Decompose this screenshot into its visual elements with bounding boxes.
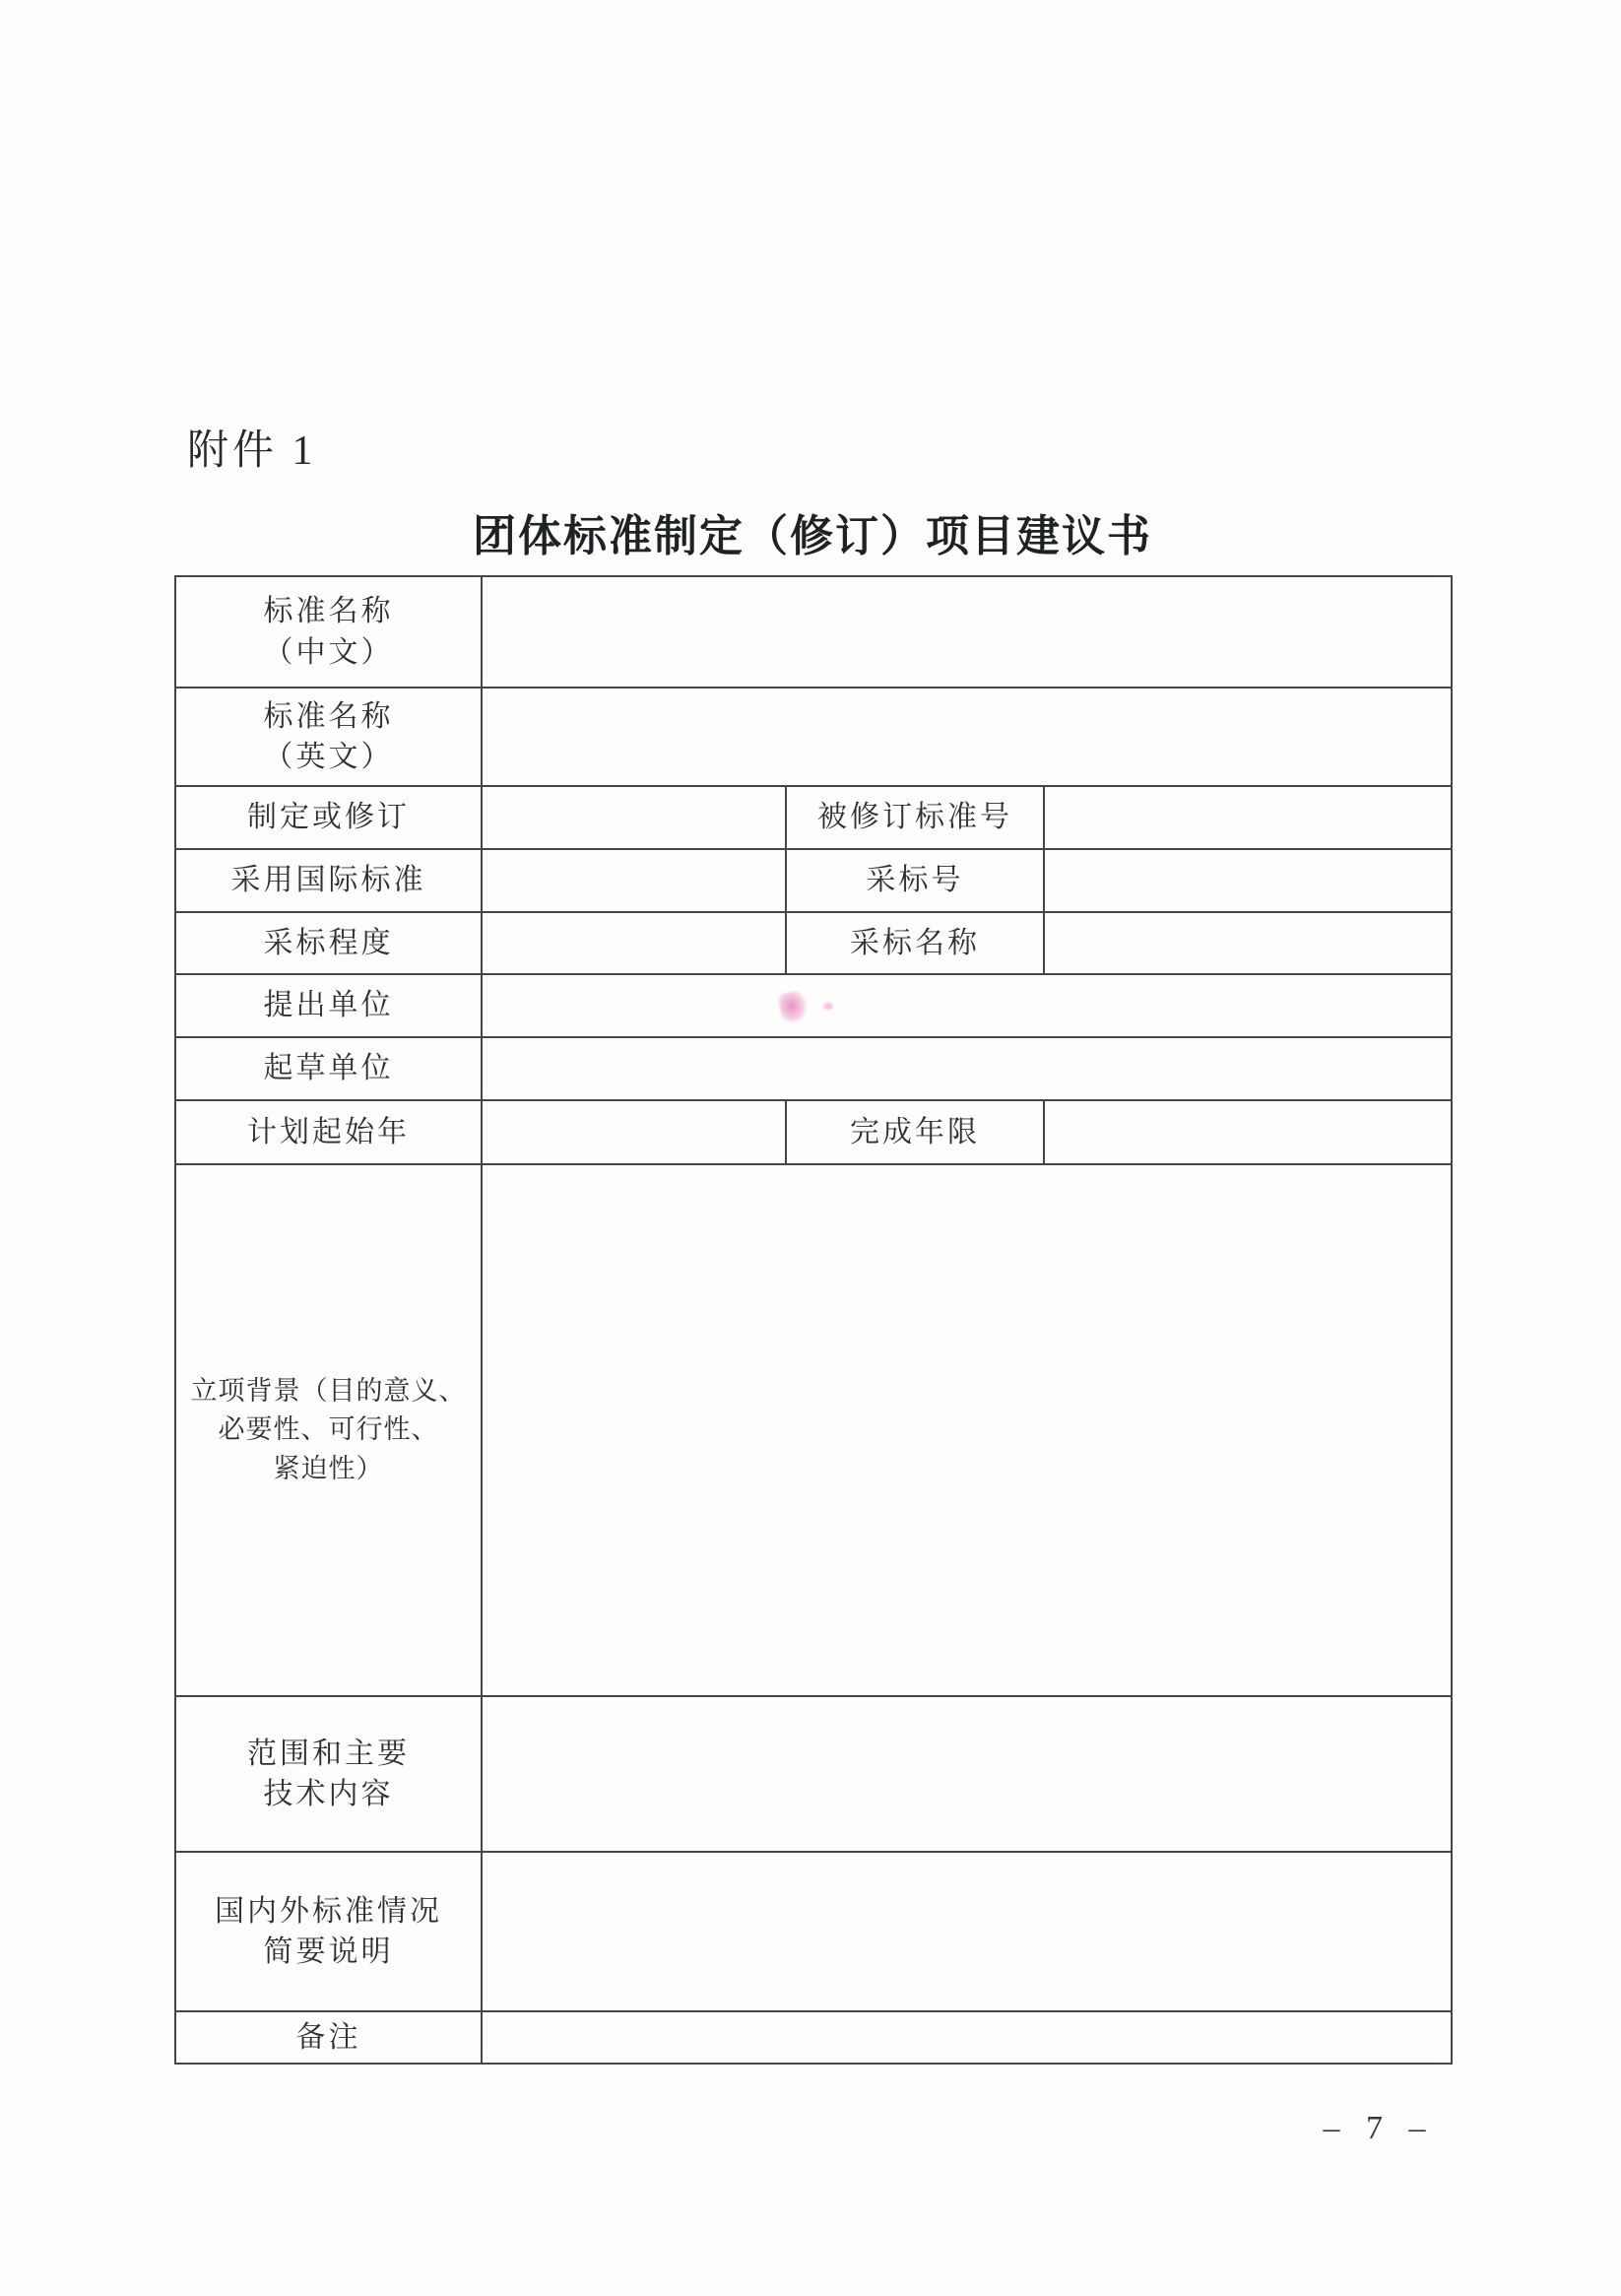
field-value-project-background[interactable] [482, 1164, 1452, 1696]
field-value-adoption-name[interactable] [1044, 912, 1452, 974]
table-row: 备注 [175, 2011, 1452, 2064]
field-label-proposing-unit: 提出单位 [175, 974, 482, 1037]
attachment-label: 附件 1 [187, 418, 317, 477]
field-label-adoption-name: 采标名称 [786, 912, 1044, 974]
field-label-adopt-international-standard: 采用国际标准 [175, 849, 482, 912]
scan-smudge-dot [823, 1003, 833, 1010]
field-label-scope-technical-content: 范围和主要 技术内容 [175, 1696, 482, 1852]
field-value-completion-period[interactable] [1044, 1100, 1452, 1164]
field-value-adoption-degree[interactable] [482, 912, 786, 974]
field-label-standard-name-en: 标准名称 （英文） [175, 688, 482, 786]
table-row: 采标程度 采标名称 [175, 912, 1452, 974]
field-label-formulate-or-revise: 制定或修订 [175, 786, 482, 849]
field-label-standard-name-cn: 标准名称 （中文） [175, 576, 482, 688]
table-row: 立项背景（目的意义、 必要性、可行性、 紧迫性） [175, 1164, 1452, 1696]
field-value-proposing-unit[interactable] [482, 974, 1452, 1037]
table-row: 采用国际标准 采标号 [175, 849, 1452, 912]
field-label-adoption-degree: 采标程度 [175, 912, 482, 974]
field-value-plan-start-year[interactable] [482, 1100, 786, 1164]
field-label-revised-standard-number: 被修订标准号 [786, 786, 1044, 849]
table-row: 标准名称 （中文） [175, 576, 1452, 688]
field-label-domestic-foreign-standards-brief: 国内外标准情况 简要说明 [175, 1852, 482, 2011]
field-value-drafting-unit[interactable] [482, 1037, 1452, 1100]
field-label-project-background: 立项背景（目的意义、 必要性、可行性、 紧迫性） [175, 1164, 482, 1696]
field-value-adoption-number[interactable] [1044, 849, 1452, 912]
table-row: 标准名称 （英文） [175, 688, 1452, 786]
field-value-formulate-or-revise[interactable] [482, 786, 786, 849]
field-value-standard-name-en[interactable] [482, 688, 1452, 786]
field-value-revised-standard-number[interactable] [1044, 786, 1452, 849]
field-label-drafting-unit: 起草单位 [175, 1037, 482, 1100]
field-label-adoption-number: 采标号 [786, 849, 1044, 912]
field-value-scope-technical-content[interactable] [482, 1696, 1452, 1852]
table-row: 起草单位 [175, 1037, 1452, 1100]
proposal-form-table: 标准名称 （中文） 标准名称 （英文） 制定或修订 被修订标准号 采用国际标准 … [174, 575, 1453, 2065]
table-row: 提出单位 [175, 974, 1452, 1037]
table-row: 制定或修订 被修订标准号 [175, 786, 1452, 849]
table-row: 范围和主要 技术内容 [175, 1696, 1452, 1852]
field-label-plan-start-year: 计划起始年 [175, 1100, 482, 1164]
field-label-remarks: 备注 [175, 2011, 482, 2064]
page-number: – 7 – [1300, 2110, 1458, 2147]
scanned-document-page: 附件 1 团体标准制定（修订）项目建议书 标准名称 （中文） 标准名称 （英文）… [0, 0, 1621, 2296]
field-value-remarks[interactable] [482, 2011, 1452, 2064]
table-row: 国内外标准情况 简要说明 [175, 1852, 1452, 2011]
field-value-standard-name-cn[interactable] [482, 576, 1452, 688]
field-label-completion-period: 完成年限 [786, 1100, 1044, 1164]
table-row: 计划起始年 完成年限 [175, 1100, 1452, 1164]
form-title: 团体标准制定（修订）项目建议书 [174, 500, 1451, 563]
field-value-domestic-foreign-standards-brief[interactable] [482, 1852, 1452, 2011]
field-value-adopt-international-standard[interactable] [482, 849, 786, 912]
